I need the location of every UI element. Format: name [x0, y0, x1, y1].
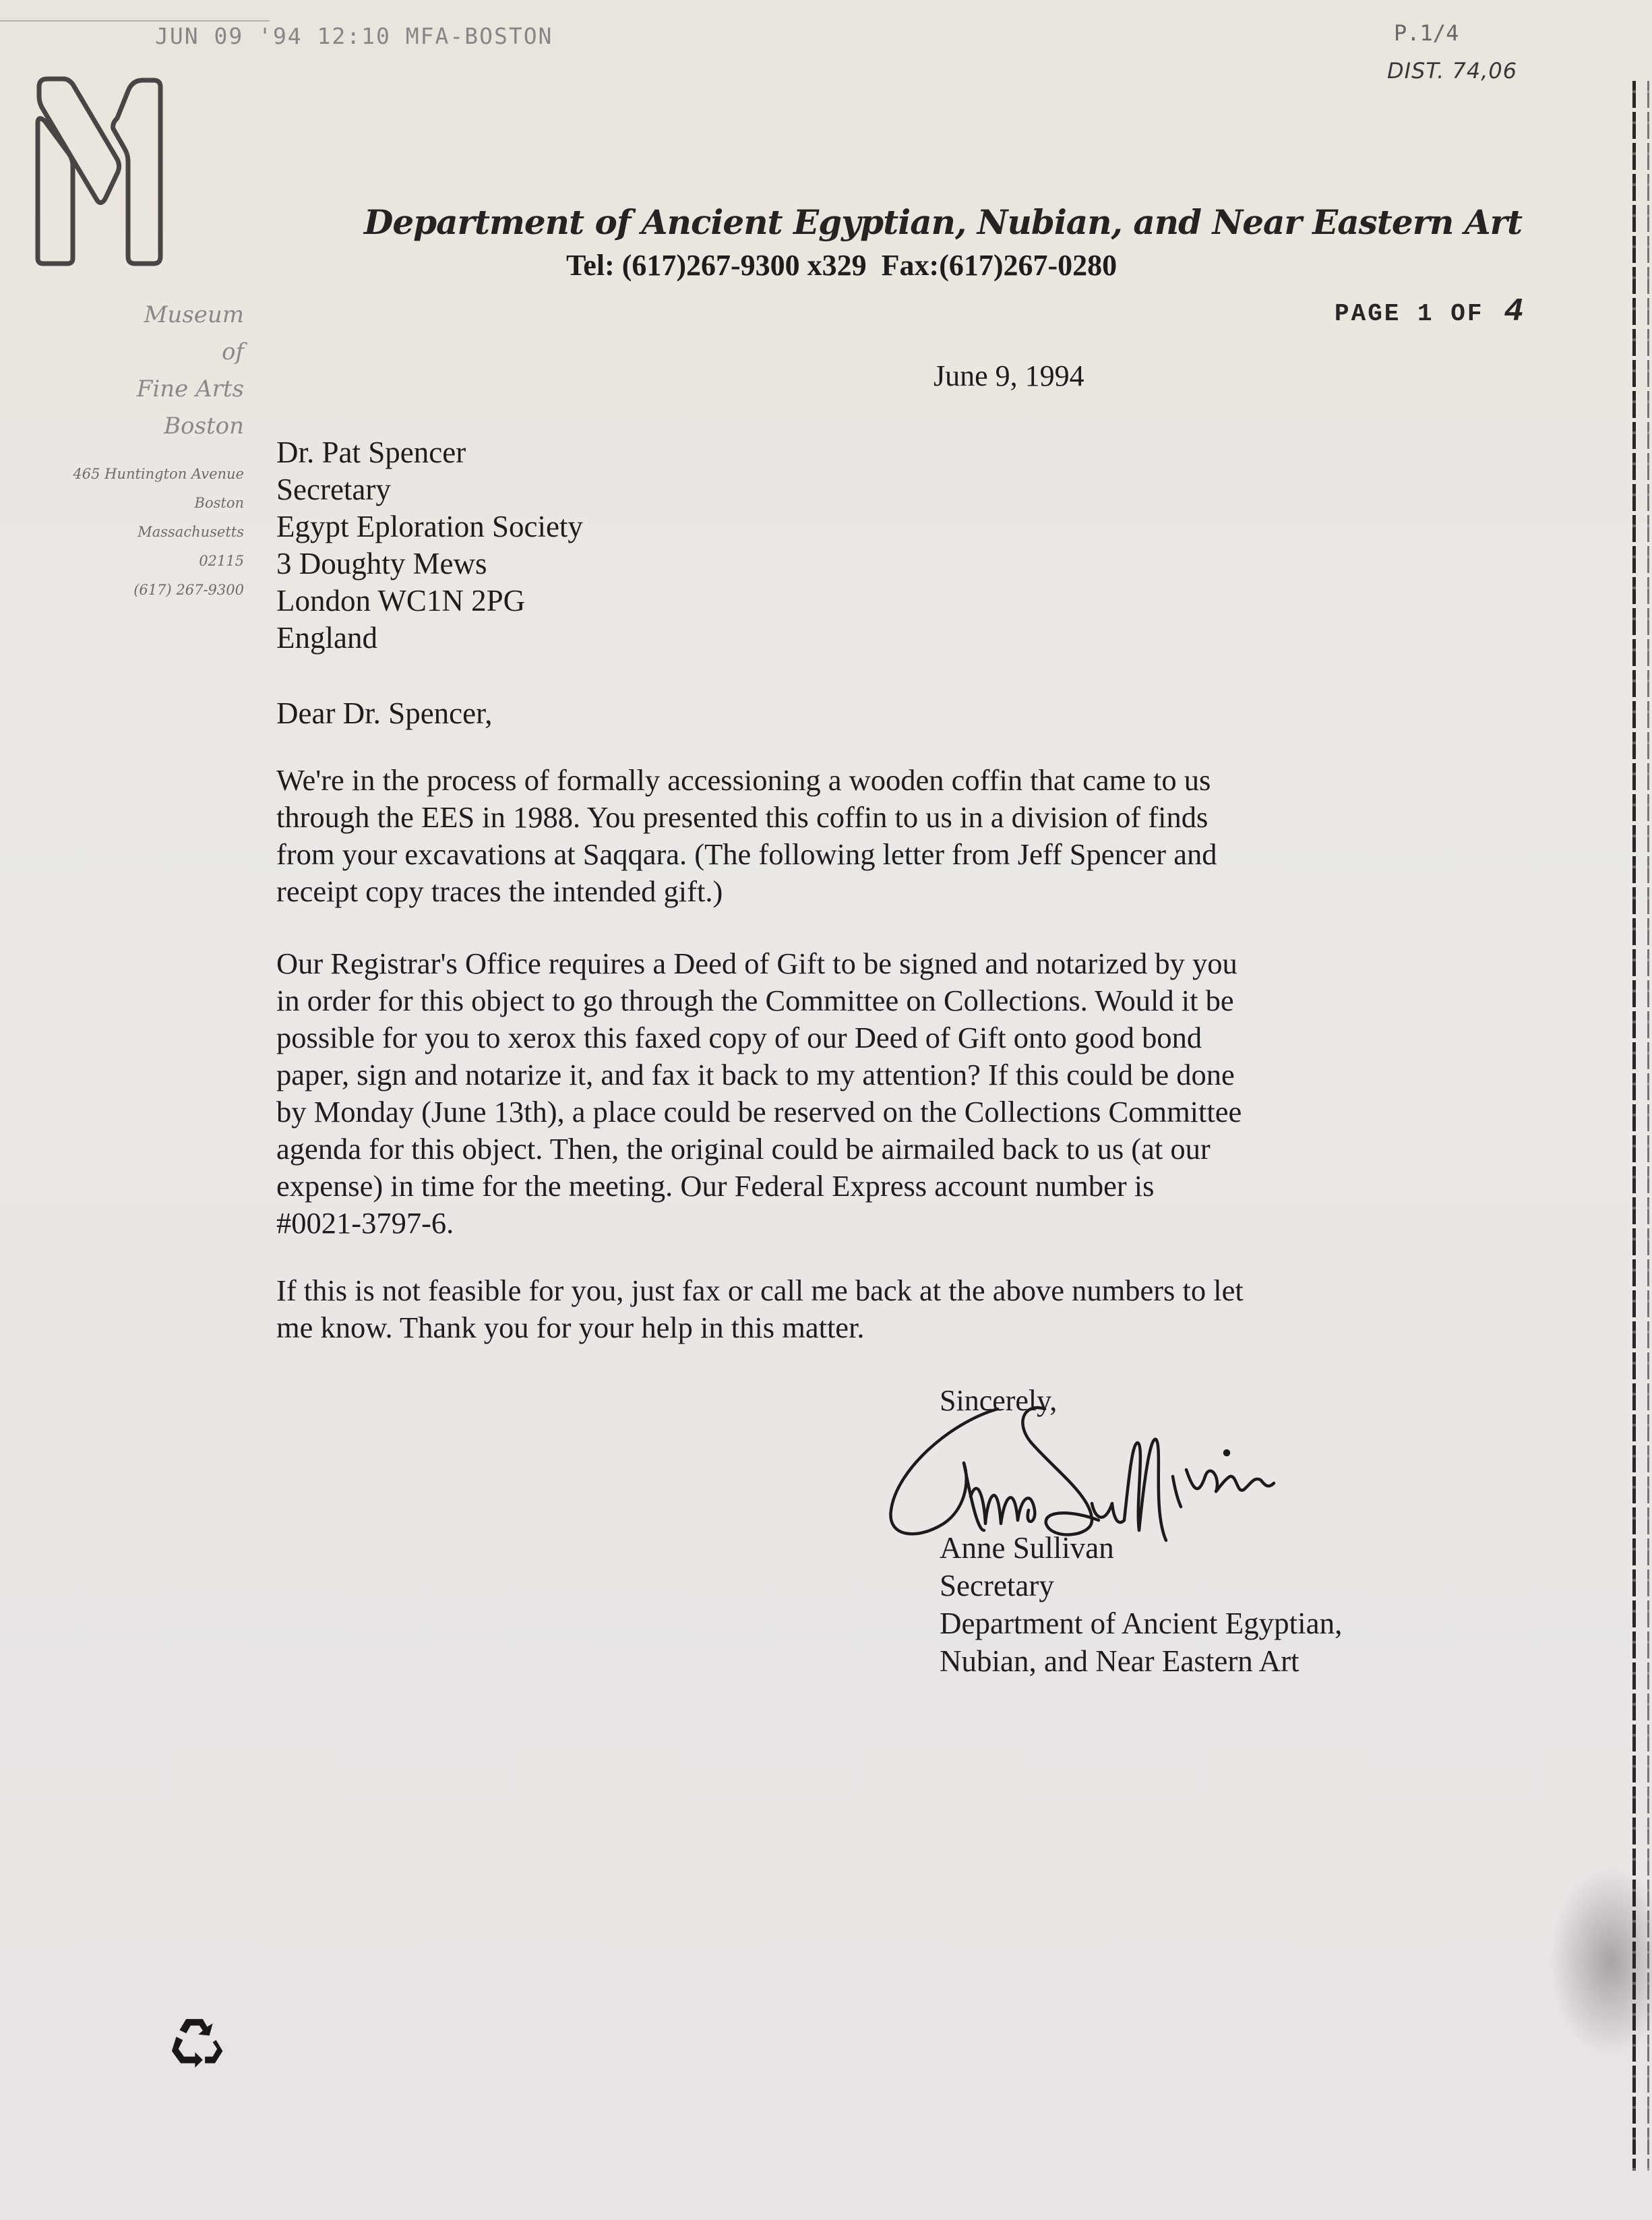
signer-department-cont: Nubian, and Near Eastern Art	[940, 1642, 1342, 1680]
text-line: through the EES in 1988. You presented t…	[276, 799, 1496, 836]
signer-name: Anne Sullivan	[940, 1529, 1342, 1567]
recipient-organization: Egypt Eploration Society	[276, 508, 583, 545]
account-number: #0021-3797-6.	[276, 1205, 1496, 1242]
department-contact: Tel: (617)267-9300 x329Fax:(617)267-0280	[566, 248, 1117, 282]
museum-address-line: 02115	[0, 547, 244, 576]
recipient-name: Dr. Pat Spencer	[276, 434, 583, 471]
text-line: receipt copy traces the intended gift.)	[276, 873, 1496, 910]
letter-date: June 9, 1994	[934, 359, 1084, 393]
text-line: If this is not feasible for you, just fa…	[276, 1272, 1496, 1309]
telephone-number: Tel: (617)267-9300 x329	[566, 249, 867, 282]
text-line: possible for you to xerox this faxed cop…	[276, 1019, 1496, 1056]
recycle-icon	[169, 2012, 224, 2068]
fax-page-indicator: P.1/4	[1394, 20, 1459, 46]
museum-name-line: Boston	[0, 408, 244, 445]
text-line: from your excavations at Saqqara. (The f…	[276, 836, 1496, 873]
signer-title: Secretary	[940, 1567, 1342, 1604]
fax-header-rule	[0, 20, 270, 22]
text-line: We're in the process of formally accessi…	[276, 762, 1496, 799]
text-line: Our Registrar's Office requires a Deed o…	[276, 945, 1496, 982]
salutation: Dear Dr. Spencer,	[276, 696, 493, 731]
museum-name-line: Museum	[0, 297, 244, 334]
department-title: Department of Ancient Egyptian, Nubian, …	[364, 202, 1415, 242]
museum-address-line: Massachusetts	[0, 518, 244, 547]
text-line: agenda for this object. Then, the origin…	[276, 1131, 1496, 1168]
recipient-title: Secretary	[276, 471, 583, 508]
fax-transmission-header: JUN 09 '94 12:10 MFA-BOSTON	[155, 23, 553, 49]
recipient-street: 3 Doughty Mews	[276, 545, 583, 582]
museum-name-line: of	[0, 334, 244, 371]
museum-sidebar: Museum of Fine Arts Boston 465 Huntingto…	[0, 297, 244, 605]
signer-department: Department of Ancient Egyptian,	[940, 1604, 1342, 1642]
handwritten-distribution-note: DIST. 74,06	[1387, 58, 1517, 84]
museum-name-line: Fine Arts	[0, 371, 244, 408]
museum-address-line: Boston	[0, 489, 244, 518]
page-count: PAGE 1 OF4	[1335, 294, 1525, 330]
scan-edge-line	[1632, 81, 1636, 2171]
signer-block: Anne Sullivan Secretary Department of An…	[940, 1529, 1342, 1680]
recipient-country: England	[276, 620, 583, 657]
page-count-label: PAGE 1 OF	[1335, 300, 1483, 328]
text-line: paper, sign and notarize it, and fax it …	[276, 1056, 1496, 1093]
page-count-total: 4	[1504, 294, 1525, 330]
paragraph-2: Our Registrar's Office requires a Deed o…	[276, 945, 1496, 1242]
museum-address-line: 465 Huntington Avenue	[0, 460, 244, 489]
text-line: expense) in time for the meeting. Our Fe…	[276, 1168, 1496, 1205]
text-line: in order for this object to go through t…	[276, 982, 1496, 1019]
paragraph-3: If this is not feasible for you, just fa…	[276, 1272, 1496, 1346]
recipient-address: Dr. Pat Spencer Secretary Egypt Eplorati…	[276, 434, 583, 657]
paragraph-1: We're in the process of formally accessi…	[276, 762, 1496, 910]
scan-edge-line-secondary	[1647, 81, 1649, 2171]
fax-number: Fax:(617)267-0280	[882, 249, 1118, 282]
mfa-m-logo-icon	[30, 71, 252, 273]
museum-phone: (617) 267-9300	[0, 576, 244, 605]
recipient-city: London WC1N 2PG	[276, 582, 583, 620]
text-line: me know. Thank you for your help in this…	[276, 1309, 1496, 1346]
handwritten-signature: Anne Sullivan	[869, 1396, 1382, 1551]
text-line: by Monday (June 13th), a place could be …	[276, 1093, 1496, 1131]
